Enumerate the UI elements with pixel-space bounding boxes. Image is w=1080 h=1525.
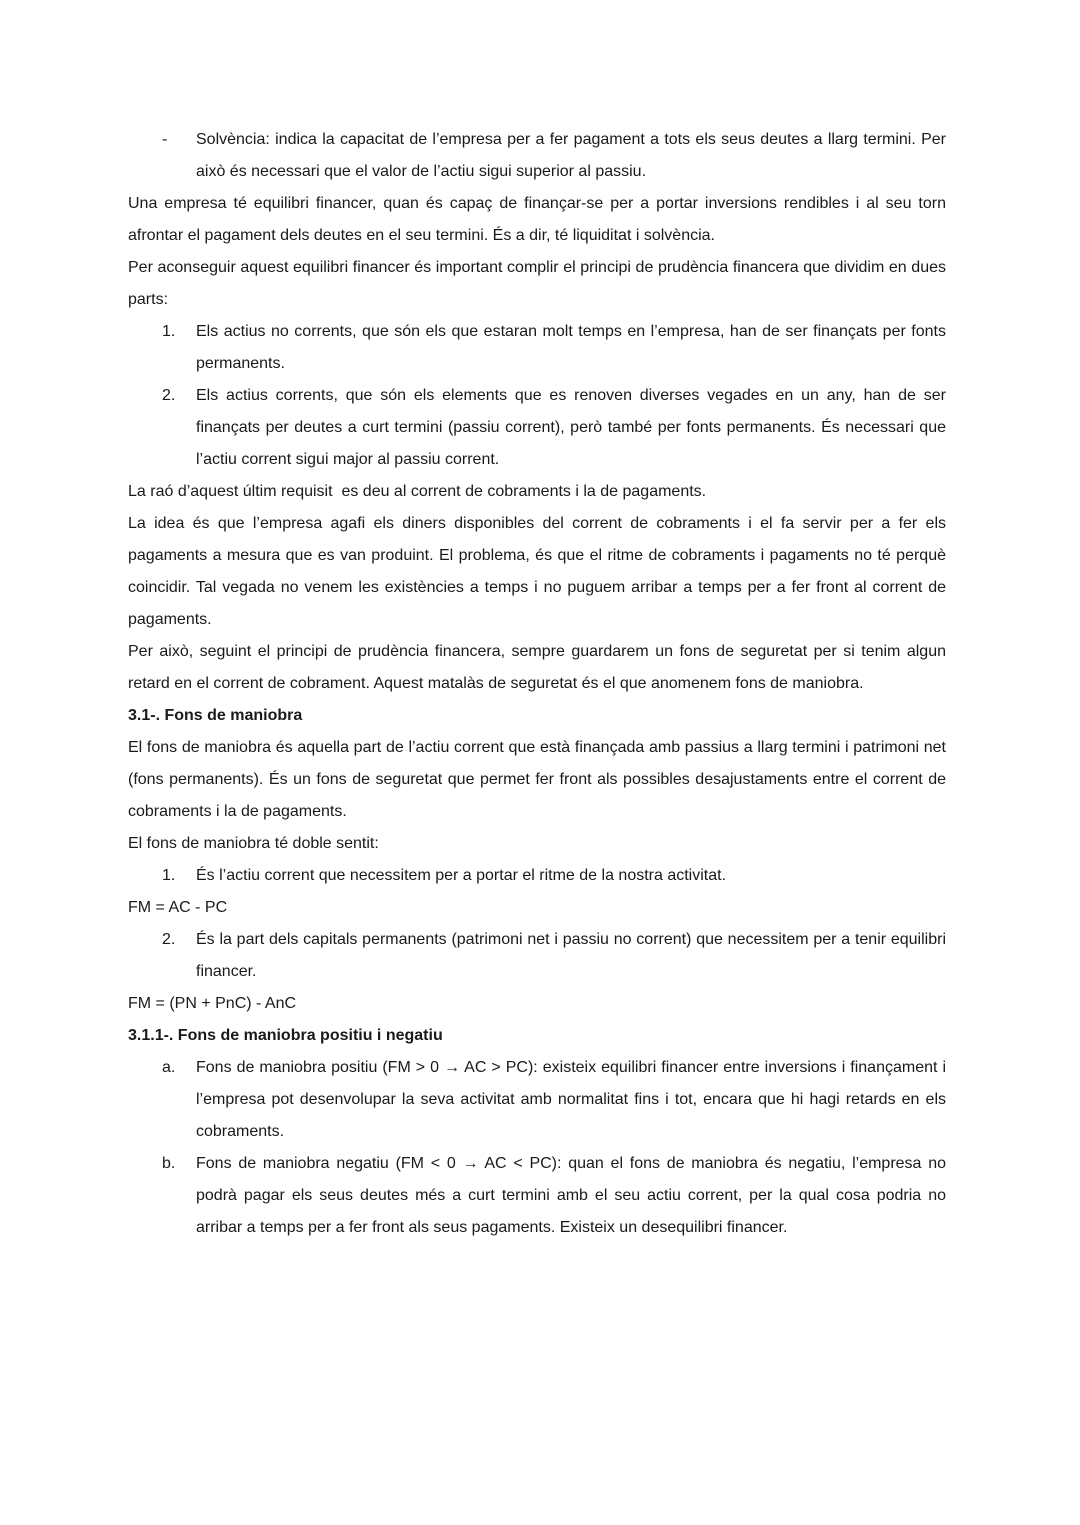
- list-item-text: Els actius no corrents, que són els que …: [196, 316, 946, 380]
- list-item-marker: 2.: [128, 924, 196, 988]
- formula-line: FM = (PN + PnC) - AnC: [128, 988, 946, 1020]
- list-item-marker: 1.: [128, 860, 196, 892]
- list-item: 2.És la part dels capitals permanents (p…: [128, 924, 946, 988]
- list-item: -Solvència: indica la capacitat de l’emp…: [128, 124, 946, 188]
- list-item-text: Solvència: indica la capacitat de l’empr…: [196, 124, 946, 188]
- list-item-marker: 2.: [128, 380, 196, 476]
- section-heading: 3.1-. Fons de maniobra: [128, 700, 946, 732]
- paragraph: La idea és que l’empresa agafi els diner…: [128, 508, 946, 636]
- paragraph: Per aconseguir aquest equilibri financer…: [128, 252, 946, 316]
- paragraph: Una empresa té equilibri financer, quan …: [128, 188, 946, 252]
- paragraph: El fons de maniobra té doble sentit:: [128, 828, 946, 860]
- list-item-text: Fons de maniobra negatiu (FM < 0 → AC < …: [196, 1148, 946, 1244]
- list-item-text: És l’actiu corrent que necessitem per a …: [196, 860, 946, 892]
- list-item-text: Fons de maniobra positiu (FM > 0 → AC > …: [196, 1052, 946, 1148]
- list-item: 1.És l’actiu corrent que necessitem per …: [128, 860, 946, 892]
- list-item-text: Els actius corrents, que són els element…: [196, 380, 946, 476]
- list-item: 1.Els actius no corrents, que són els qu…: [128, 316, 946, 380]
- document-body: -Solvència: indica la capacitat de l’emp…: [128, 124, 946, 1244]
- list-item-marker: 1.: [128, 316, 196, 380]
- list-item: a.Fons de maniobra positiu (FM > 0 → AC …: [128, 1052, 946, 1148]
- list-item-marker: b.: [128, 1148, 196, 1244]
- list-item-marker: a.: [128, 1052, 196, 1148]
- list-item: 2.Els actius corrents, que són els eleme…: [128, 380, 946, 476]
- paragraph: El fons de maniobra és aquella part de l…: [128, 732, 946, 828]
- formula-line: FM = AC - PC: [128, 892, 946, 924]
- list-item: b.Fons de maniobra negatiu (FM < 0 → AC …: [128, 1148, 946, 1244]
- paragraph: Per això, seguint el principi de prudènc…: [128, 636, 946, 700]
- document-page: -Solvència: indica la capacitat de l’emp…: [0, 0, 1080, 1525]
- paragraph: La raó d’aquest últim requisit es deu al…: [128, 476, 946, 508]
- section-heading: 3.1.1-. Fons de maniobra positiu i negat…: [128, 1020, 946, 1052]
- list-item-text: És la part dels capitals permanents (pat…: [196, 924, 946, 988]
- list-item-marker: -: [128, 124, 196, 188]
